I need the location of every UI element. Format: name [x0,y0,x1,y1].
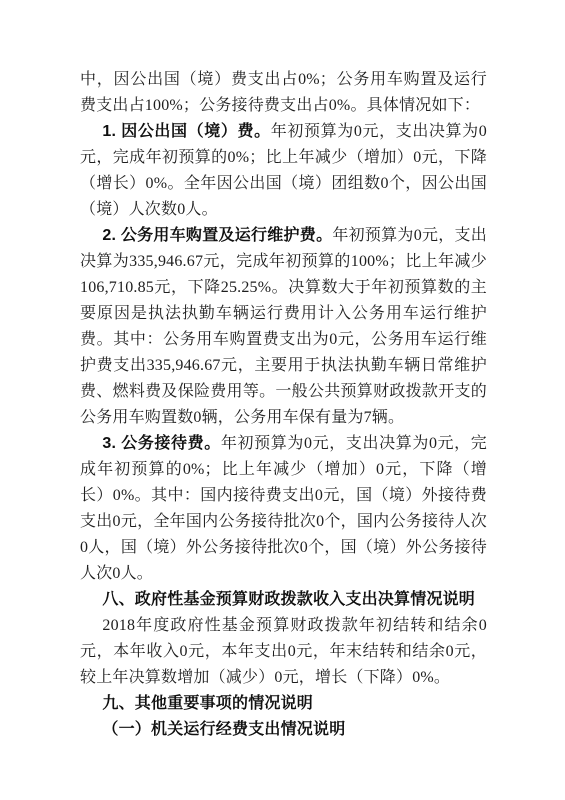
document-text-block: 中，因公出国（境）费支出占0%；公务用车购置及运行费支出占100%；公务接待费支… [0,0,565,743]
section-8-heading: 八、政府性基金预算财政拨款收入支出决算情况说明 [80,587,487,613]
paragraph-item-3-official-reception: 3. 公务接待费。年初预算为0元，支出决算为0元，完成年初预算的0%；比上年减少… [80,431,487,587]
item-3-body-run: 年初预算为0元，支出决算为0元，完成年初预算的0%；比上年减少（增加）0元，下降… [80,435,487,582]
item-3-heading-run: 3. 公务接待费。 [102,435,221,452]
item-2-heading-run: 2. 公务用车购置及运行维护费。 [102,227,332,244]
section-9-1-heading: （一）机关运行经费支出情况说明 [80,717,487,743]
section-9-heading-text: 九、其他重要事项的情况说明 [102,695,313,712]
section-9-heading: 九、其他重要事项的情况说明 [80,691,487,717]
section-8-heading-text: 八、政府性基金预算财政拨款收入支出决算情况说明 [102,591,475,608]
item-1-heading-run: 1. 因公出国（境）费。 [102,123,270,140]
section-9-1-heading-text: （一）机关运行经费支出情况说明 [102,721,345,738]
document-page: 中，因公出国（境）费支出占0%；公务用车购置及运行费支出占100%；公务接待费支… [0,0,565,800]
section-8-body-text: 2018年度政府性基金预算财政拨款年初结转和结余0元，本年收入0元，本年支出0元… [80,617,487,686]
paragraph-section-8-body: 2018年度政府性基金预算财政拨款年初结转和结余0元，本年收入0元，本年支出0元… [80,613,487,691]
paragraph-item-2-official-vehicles: 2. 公务用车购置及运行维护费。年初预算为0元，支出决算为335,946.67元… [80,223,487,431]
item-2-body-run: 年初预算为0元，支出决算为335,946.67元，完成年初预算的100%；比上年… [80,227,487,426]
paragraph-intro-continuation: 中，因公出国（境）费支出占0%；公务用车购置及运行费支出占100%；公务接待费支… [80,67,487,119]
intro-continuation-text: 中，因公出国（境）费支出占0%；公务用车购置及运行费支出占100%；公务接待费支… [80,71,487,114]
paragraph-item-1-overseas-travel: 1. 因公出国（境）费。年初预算为0元，支出决算为0元，完成年初预算的0%；比上… [80,119,487,223]
